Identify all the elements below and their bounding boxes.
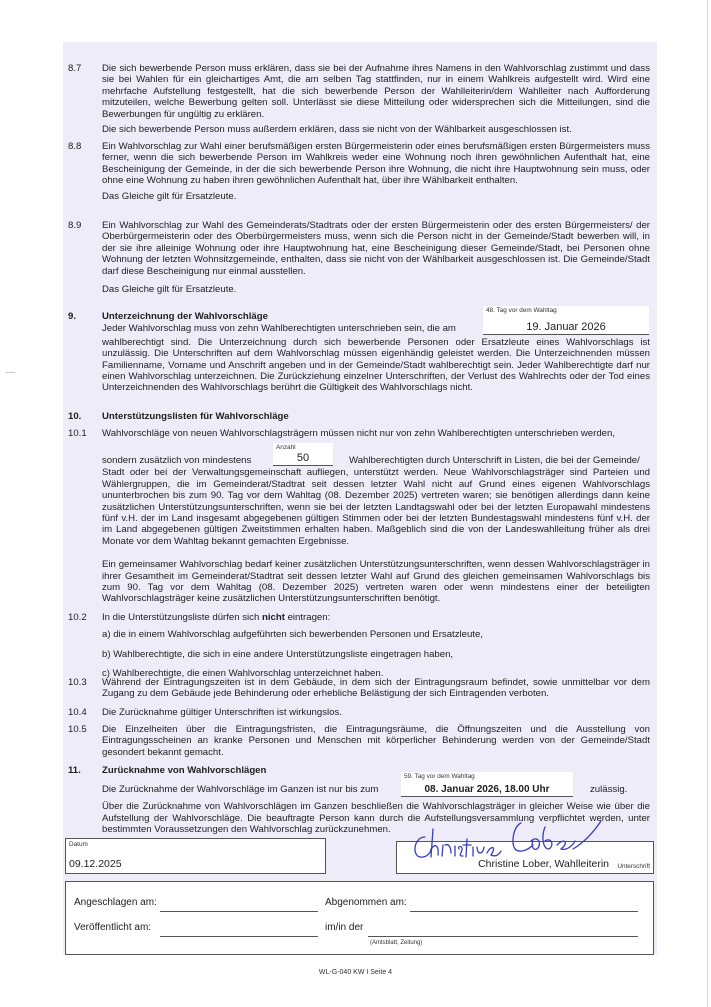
section-text: Während der Eintragungszeiten ist in dem… bbox=[102, 677, 650, 700]
section-text: Ein Wahlvorschlag zur Wahl des Gemeinder… bbox=[102, 220, 650, 277]
field-value: 50 bbox=[273, 452, 333, 464]
list-item-a: a) die in einem Wahlvorschlag aufgeführt… bbox=[102, 629, 650, 640]
section-text-2: Das Gleiche gilt für Ersatzleute. bbox=[102, 284, 650, 295]
field-caption: 59. Tag vor dem Wahltag bbox=[404, 773, 475, 780]
section-text-2: Die sich bewerbende Person muss außerdem… bbox=[102, 124, 650, 135]
signature-caption: Unterschrift bbox=[617, 863, 650, 870]
section-number: 10. bbox=[68, 411, 100, 422]
section-trail: zulässig. bbox=[590, 784, 627, 795]
section-10-4: 10.4 Die Zurücknahme gültiger Unterschri… bbox=[68, 707, 650, 718]
lead-text-end: eintragen: bbox=[285, 612, 330, 623]
published-date-line[interactable] bbox=[160, 936, 318, 937]
section-8-7: 8.7 Die sich bewerbende Person muss erkl… bbox=[68, 63, 650, 135]
withdrawal-deadline-field[interactable]: 59. Tag vor dem Wahltag 08. Januar 2026,… bbox=[401, 772, 573, 797]
published-in-caption: (Amtsblatt, Zeitung) bbox=[370, 940, 422, 946]
section-text-2: Das Gleiche gilt für Ersatzleute. bbox=[102, 191, 650, 202]
section-number: 10.4 bbox=[68, 707, 100, 718]
section-text: Die sich bewerbende Person muss erklären… bbox=[102, 63, 650, 120]
scan-mark bbox=[6, 372, 15, 373]
pre-count-text: sondern zusätzlich von mindestens bbox=[102, 455, 251, 466]
date-box[interactable]: Datum 09.12.2025 bbox=[65, 838, 326, 874]
section-text: Die Zurücknahme gültiger Unterschriften … bbox=[102, 707, 650, 718]
section-lead: In die Unterstützungsliste dürfen sich n… bbox=[102, 612, 650, 623]
field-value: 08. Januar 2026, 18.00 Uhr bbox=[401, 784, 573, 795]
section-10-3: 10.3 Während der Eintragungszeiten ist i… bbox=[68, 677, 650, 700]
section-number: 10.3 bbox=[68, 677, 100, 688]
section-text: wahlberechtigt sind. Die Unterzeichnung … bbox=[102, 337, 650, 394]
section-number: 10.5 bbox=[68, 724, 100, 735]
section-10-1: 10.1 Wahlvorschläge von neuen Wahlvorsch… bbox=[68, 428, 650, 605]
post-count-text: Wahlberechtigten durch Unterschrift in L… bbox=[349, 455, 640, 466]
published-label: Veröffentlicht am: bbox=[74, 922, 151, 933]
section-text: Ein Wahlvorschlag zur Wahl einer berufsm… bbox=[102, 141, 650, 187]
field-value: 19. Januar 2026 bbox=[483, 321, 649, 333]
published-in-line[interactable] bbox=[368, 936, 638, 937]
page-edge-line bbox=[707, 0, 708, 1007]
count-line: sondern zusätzlich von mindestens Wahlbe… bbox=[102, 455, 650, 466]
removed-label: Abgenommen am: bbox=[325, 897, 407, 908]
published-in-label: im/in der bbox=[325, 922, 363, 933]
posting-box bbox=[65, 881, 654, 955]
section-heading: Unterstützungslisten für Wahlvorschläge bbox=[102, 411, 650, 422]
date-caption: Datum bbox=[69, 841, 88, 848]
section-8-9: 8.9 Ein Wahlvorschlag zur Wahl des Gemei… bbox=[68, 220, 650, 295]
section-text: Stadt oder bei der Verwaltungsgemeinscha… bbox=[102, 467, 650, 547]
lead-text: In die Unterstützungsliste dürfen sich bbox=[102, 612, 262, 623]
section-text-2: Ein gemeinsamer Wahlvorschlag bedarf kei… bbox=[102, 559, 650, 605]
section-number: 8.7 bbox=[68, 63, 100, 74]
section-number: 8.9 bbox=[68, 220, 100, 231]
field-caption: 48. Tag vor dem Wahltag bbox=[486, 307, 557, 314]
posted-label: Angeschlagen am: bbox=[74, 897, 157, 908]
section-lead: Wahlvorschläge von neuen Wahlvorschlagst… bbox=[102, 428, 650, 439]
handwritten-signature-icon bbox=[405, 815, 605, 865]
section-lead: Die Zurücknahme der Wahlvorschläge im Ga… bbox=[102, 784, 378, 795]
section-10: 10. Unterstützungslisten für Wahlvorschl… bbox=[68, 411, 650, 422]
section-number: 10.1 bbox=[68, 428, 100, 439]
list-item-b: b) Wahlberechtigte, die sich in eine and… bbox=[102, 649, 650, 660]
section-10-5: 10.5 Die Einzelheiten über die Eintragun… bbox=[68, 724, 650, 758]
section-text: Die Einzelheiten über die Eintragungsfri… bbox=[102, 724, 650, 758]
section-8-8: 8.8 Ein Wahlvorschlag zur Wahl einer ber… bbox=[68, 141, 650, 202]
removed-date-line[interactable] bbox=[410, 911, 638, 912]
section-10-2: 10.2 In die Unterstützungsliste dürfen s… bbox=[68, 612, 650, 680]
lead-emphasis: nicht bbox=[262, 612, 285, 623]
field-caption: Anzahl bbox=[276, 444, 296, 451]
date-value: 09.12.2025 bbox=[69, 858, 122, 870]
signing-date-field[interactable]: 48. Tag vor dem Wahltag 19. Januar 2026 bbox=[483, 306, 649, 335]
form-code: WL-G-040 KW I Seite 4 bbox=[0, 969, 711, 976]
section-number: 11. bbox=[68, 765, 100, 776]
signature-count-field[interactable]: Anzahl 50 bbox=[273, 443, 333, 466]
section-number: 10.2 bbox=[68, 612, 100, 623]
section-number: 8.8 bbox=[68, 141, 100, 152]
posted-date-line[interactable] bbox=[160, 911, 318, 912]
section-number: 9. bbox=[68, 311, 100, 322]
